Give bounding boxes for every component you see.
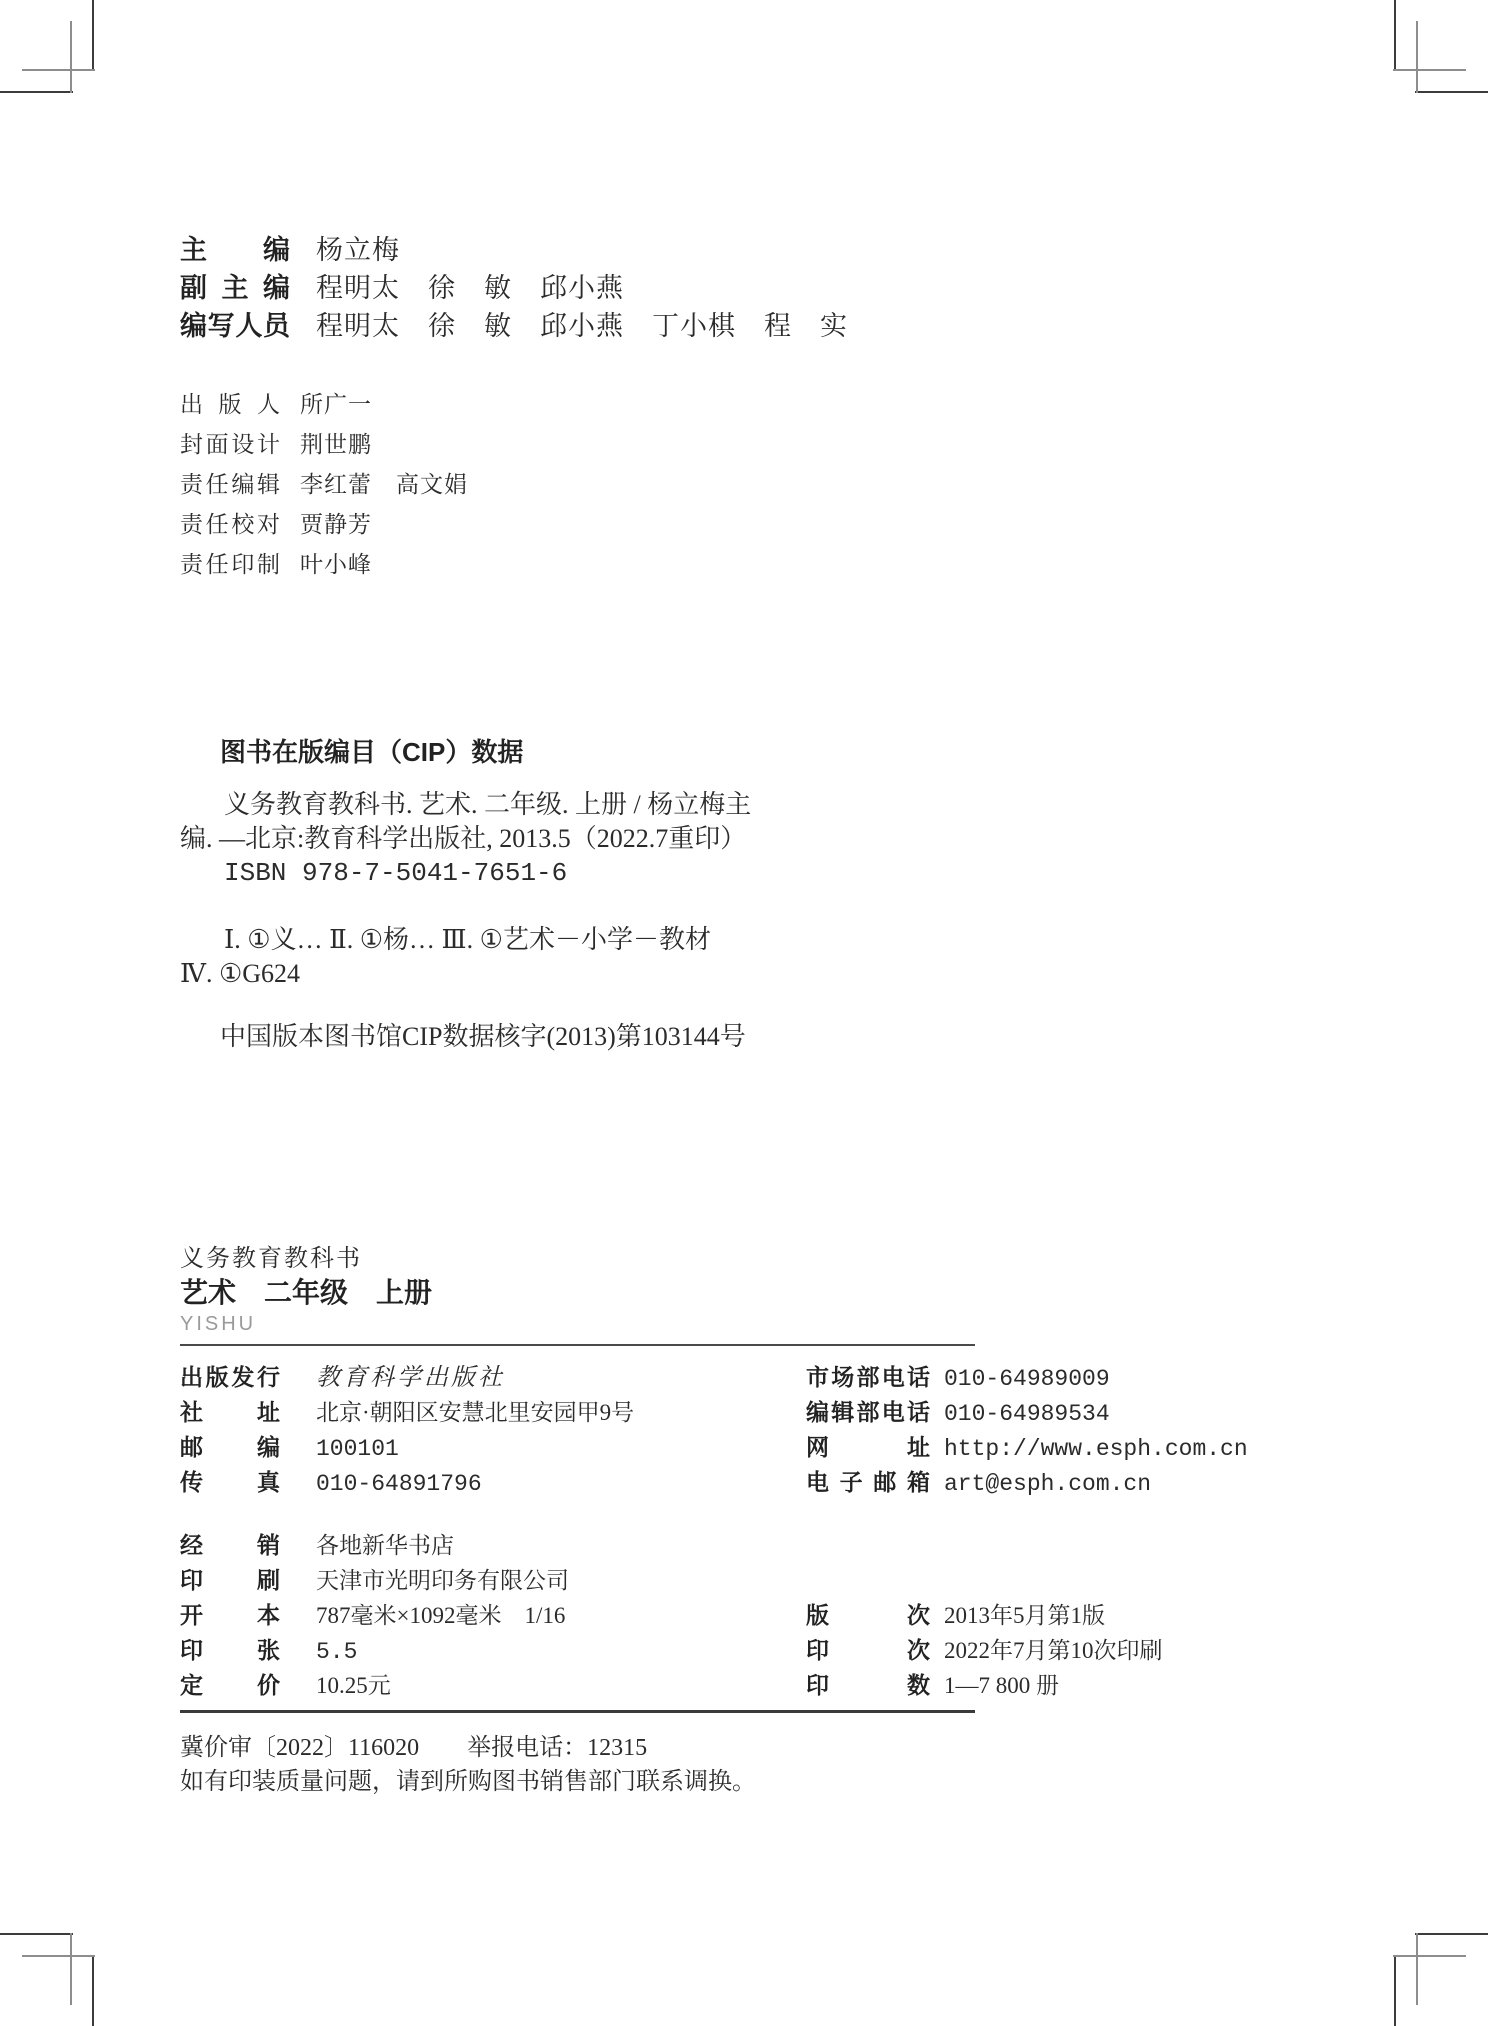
address-label: 社址 [180, 1395, 280, 1430]
print-run-value: 1—7 800 册 [944, 1673, 1059, 1698]
distribution-value: 各地新华书店 [316, 1533, 454, 1558]
market-phone-row: 市场部电话010-64989009 [806, 1360, 1248, 1395]
deputy-editor-label: 副主编 [180, 269, 290, 307]
print-supervisor-name: 叶小峰 [300, 552, 372, 577]
divider-bottom [180, 1710, 975, 1713]
writers-label: 编写人员 [180, 307, 290, 345]
cip-description: 义务教育教科书. 艺术. 二年级. 上册 / 杨立梅主 编. —北京:教育科学出… [180, 788, 960, 890]
crop-mark-bottom-left-icon [0, 1930, 96, 2026]
deputy-editor-row: 副主编程明太 徐 敏 邱小燕 [180, 269, 848, 307]
impression-label: 印次 [806, 1633, 930, 1668]
crop-line [70, 21, 72, 93]
crop-line [1394, 1955, 1396, 2026]
format-label: 开本 [180, 1598, 280, 1633]
publisher-person-row: 出版人所广一 [180, 385, 468, 425]
distribution-label: 经销 [180, 1528, 280, 1563]
crop-line [70, 1933, 72, 2005]
sheets-value: 5.5 [316, 1639, 357, 1665]
crop-line [0, 91, 73, 93]
crop-line [0, 1933, 73, 1935]
cover-design-name: 荆世鹏 [300, 432, 372, 457]
print-supervisor-label: 责任印制 [180, 545, 280, 585]
price-approval-note: 冀价审〔2022〕116020 举报电话：12315 [180, 1731, 756, 1765]
market-phone-value: 010-64989009 [944, 1366, 1110, 1392]
crop-line [1416, 1933, 1418, 2005]
responsible-editor-row: 责任编辑李红蕾 高文娟 [180, 465, 468, 505]
postcode-row: 邮编100101 [180, 1430, 634, 1465]
crop-line [1393, 69, 1466, 71]
crop-line [1394, 0, 1396, 71]
market-phone-label: 市场部电话 [806, 1360, 930, 1395]
cip-line: 编. —北京:教育科学出版社, 2013.5（2022.7重印） [180, 822, 960, 856]
proofreader-row: 责任校对贾静芳 [180, 505, 468, 545]
chief-editor-row: 主编杨立梅 [180, 231, 848, 269]
format-row: 开本787毫米×1092毫米 1/16 [180, 1598, 634, 1633]
crop-line [22, 69, 95, 71]
cip-line: Ⅳ. ①G624 [180, 957, 960, 991]
publisher-person-label: 出版人 [180, 385, 280, 425]
publication-table-right: 市场部电话010-64989009 编辑部电话010-64989534 网址ht… [806, 1360, 1248, 1703]
crop-mark-bottom-right-icon [1392, 1930, 1488, 2026]
cip-line: 义务教育教科书. 艺术. 二年级. 上册 / 杨立梅主 [180, 788, 960, 822]
fax-label: 传真 [180, 1465, 280, 1500]
deputy-editor-names: 程明太 徐 敏 邱小燕 [316, 273, 624, 303]
distribution-row: 经销各地新华书店 [180, 1528, 634, 1563]
proofreader-label: 责任校对 [180, 505, 280, 545]
impression-value: 2022年7月第10次印刷 [944, 1638, 1163, 1663]
table-gap [806, 1500, 1248, 1598]
price-label: 定价 [180, 1668, 280, 1703]
fax-row: 传真010-64891796 [180, 1465, 634, 1500]
email-value: art@esph.com.cn [944, 1471, 1151, 1497]
postcode-label: 邮编 [180, 1430, 280, 1465]
edition-value: 2013年5月第1版 [944, 1603, 1105, 1628]
crop-mark-top-left-icon [0, 0, 96, 96]
format-value: 787毫米×1092毫米 1/16 [316, 1603, 565, 1628]
crop-line [1393, 1955, 1466, 1957]
crop-line [1415, 91, 1488, 93]
cip-isbn: ISBN 978-7-5041-7651-6 [180, 856, 960, 890]
proofreader-name: 贾静芳 [300, 512, 372, 537]
crop-line [1415, 1933, 1488, 1935]
cip-record-number: 中国版本图书馆CIP数据核字(2013)第103144号 [180, 1020, 960, 1054]
print-run-label: 印数 [806, 1668, 930, 1703]
edition-label: 版次 [806, 1598, 930, 1633]
address-value: 北京·朝阳区安慧北里安园甲9号 [316, 1400, 634, 1425]
email-label: 电子邮箱 [806, 1465, 930, 1500]
publisher-logo-script: 教育科学出版社 [316, 1365, 505, 1391]
responsible-editor-label: 责任编辑 [180, 465, 280, 505]
printer-row: 印刷天津市光明印务有限公司 [180, 1563, 634, 1598]
crop-line [92, 1955, 94, 2026]
address-row: 社址北京·朝阳区安慧北里安园甲9号 [180, 1395, 634, 1430]
price-row: 定价10.25元 [180, 1668, 634, 1703]
chief-editor-names: 杨立梅 [316, 235, 400, 265]
impression-row: 印次2022年7月第10次印刷 [806, 1633, 1248, 1668]
website-row: 网址http://www.esph.com.cn [806, 1430, 1248, 1465]
editorial-phone-row: 编辑部电话010-64989534 [806, 1395, 1248, 1430]
sheets-label: 印张 [180, 1633, 280, 1668]
edition-row: 版次2013年5月第1版 [806, 1598, 1248, 1633]
crop-line [22, 1955, 95, 1957]
postcode-value: 100101 [316, 1436, 399, 1462]
writers-row: 编写人员程明太 徐 敏 邱小燕 丁小棋 程 实 [180, 307, 848, 345]
cip-header: 图书在版编目（CIP）数据 [180, 735, 960, 769]
email-row: 电子邮箱art@esph.com.cn [806, 1465, 1248, 1500]
book-title-block: 义务教育教科书 艺术 二年级 上册 YISHU [180, 1243, 432, 1337]
cip-classification: Ⅰ. ①义… Ⅱ. ①杨… Ⅲ. ①艺术－小学－教材 Ⅳ. ①G624 [180, 923, 960, 991]
book-copyright-page: 主编杨立梅 副主编程明太 徐 敏 邱小燕 编写人员程明太 徐 敏 邱小燕 丁小棋… [0, 0, 1488, 2026]
print-supervisor-row: 责任印制叶小峰 [180, 545, 468, 585]
price-value: 10.25元 [316, 1673, 391, 1698]
cover-design-row: 封面设计荆世鹏 [180, 425, 468, 465]
responsible-editor-names: 李红蕾 高文娟 [300, 472, 468, 497]
editorial-phone-value: 010-64989534 [944, 1401, 1110, 1427]
footer-notes: 冀价审〔2022〕116020 举报电话：12315 如有印装质量问题，请到所购… [180, 1731, 756, 1799]
book-title-pinyin: YISHU [180, 1311, 432, 1337]
quality-note: 如有印装质量问题，请到所购图书销售部门联系调换。 [180, 1765, 756, 1799]
table-gap [180, 1500, 634, 1528]
publisher-person-name: 所广一 [300, 392, 372, 417]
divider-top [180, 1344, 975, 1346]
crop-line [1416, 21, 1418, 93]
cip-line: Ⅰ. ①义… Ⅱ. ①杨… Ⅲ. ①艺术－小学－教材 [180, 923, 960, 957]
staff-block: 出版人所广一 封面设计荆世鹏 责任编辑李红蕾 高文娟 责任校对贾静芳 责任印制叶… [180, 385, 468, 585]
cover-design-label: 封面设计 [180, 425, 280, 465]
chief-editor-label: 主编 [180, 231, 290, 269]
sheets-row: 印张5.5 [180, 1633, 634, 1668]
crop-mark-top-right-icon [1392, 0, 1488, 96]
website-value: http://www.esph.com.cn [944, 1436, 1248, 1462]
book-title: 艺术 二年级 上册 [180, 1275, 432, 1311]
series-name: 义务教育教科书 [180, 1243, 432, 1275]
fax-value: 010-64891796 [316, 1471, 482, 1497]
cip-block: 图书在版编目（CIP）数据 义务教育教科书. 艺术. 二年级. 上册 / 杨立梅… [180, 735, 960, 1054]
publisher-row: 出版发行教育科学出版社 [180, 1360, 634, 1395]
printer-value: 天津市光明印务有限公司 [316, 1568, 569, 1593]
editors-block: 主编杨立梅 副主编程明太 徐 敏 邱小燕 编写人员程明太 徐 敏 邱小燕 丁小棋… [180, 231, 848, 345]
print-run-row: 印数1—7 800 册 [806, 1668, 1248, 1703]
editorial-phone-label: 编辑部电话 [806, 1395, 930, 1430]
publication-table-left: 出版发行教育科学出版社 社址北京·朝阳区安慧北里安园甲9号 邮编100101 传… [180, 1360, 634, 1703]
crop-line [92, 0, 94, 71]
publisher-label: 出版发行 [180, 1360, 280, 1395]
printer-label: 印刷 [180, 1563, 280, 1598]
website-label: 网址 [806, 1430, 930, 1465]
writers-names: 程明太 徐 敏 邱小燕 丁小棋 程 实 [316, 311, 848, 341]
